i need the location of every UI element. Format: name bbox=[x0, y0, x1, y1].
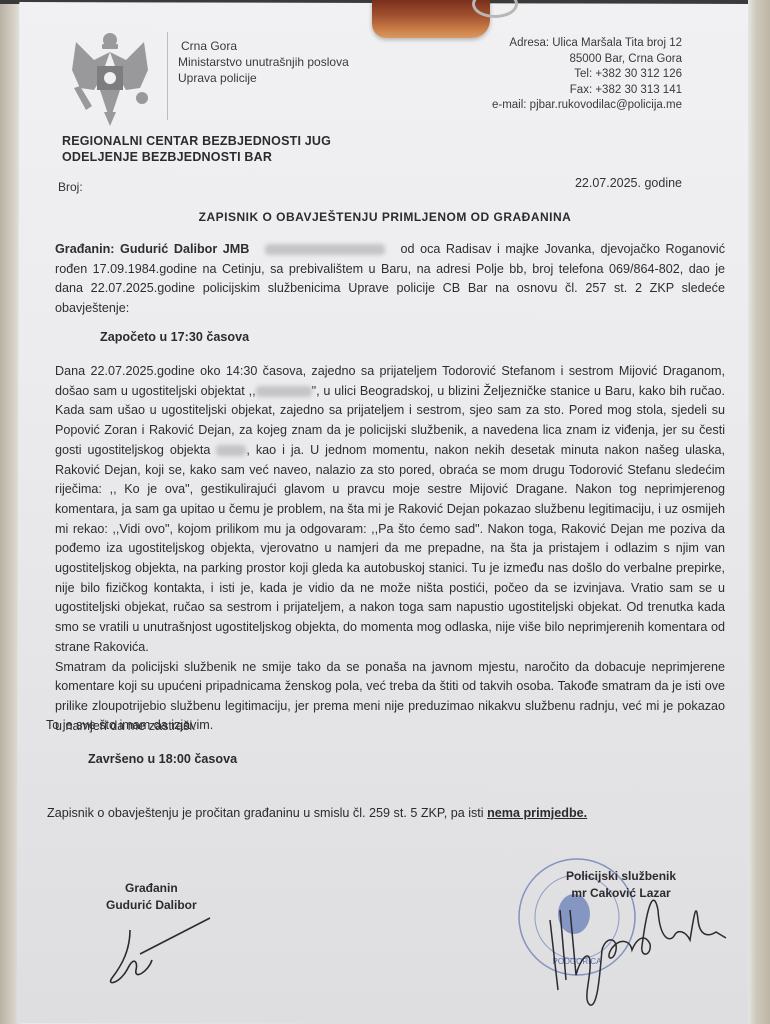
address-line-1: Adresa: Ulica Maršala Tita broj 12 bbox=[492, 36, 682, 52]
ministry-name: Ministarstvo unutrašnjih poslova bbox=[178, 54, 349, 70]
keychain-object bbox=[372, 0, 490, 38]
readout-statement: Zapisnik o obavještenju je pročitan građ… bbox=[47, 806, 587, 820]
citizen-intro: Građanin: Gudurić Dalibor JMB od oca Rad… bbox=[55, 240, 725, 318]
statement-paragraph-1: Dana 22.07.2025.godine oko 14:30 časova,… bbox=[55, 362, 725, 658]
citizen-label: Građanin: Gudurić Dalibor JMB bbox=[55, 242, 249, 256]
no-objections: nema primjedbe. bbox=[487, 806, 587, 820]
citizen-signature-label: Građanin bbox=[106, 880, 197, 897]
email: e-mail: pjbar.rukovodilac@policija.me bbox=[492, 98, 682, 114]
photo-right-edge bbox=[748, 0, 770, 1024]
fax: Fax: +382 30 313 141 bbox=[492, 83, 682, 99]
agency-name: Uprava policije bbox=[178, 70, 349, 86]
region-line-1: REGIONALNI CENTAR BEZBJEDNOSTI JUG bbox=[62, 133, 331, 149]
officer-signature bbox=[540, 880, 740, 1010]
region-line-2: ODELJENJE BEZBJEDNOSTI BAR bbox=[62, 149, 331, 165]
country-name: Crna Gora bbox=[178, 38, 349, 54]
document-title: ZAPISNIK O OBAVJEŠTENJU PRIMLJENOM OD GR… bbox=[0, 210, 770, 224]
end-time: Završeno u 18:00 časova bbox=[88, 752, 237, 766]
start-time: Započeto u 17:30 časova bbox=[100, 330, 249, 344]
reference-number-label: Broj: bbox=[58, 180, 83, 194]
citizen-signature-block: Građanin Gudurić Dalibor bbox=[106, 880, 197, 914]
statement-text: , kao i ja. U jednom momentu, nakon neki… bbox=[55, 443, 725, 654]
letterhead-contact: Adresa: Ulica Maršala Tita broj 12 85000… bbox=[492, 36, 682, 114]
citizen-signature bbox=[100, 910, 220, 990]
letterhead-divider bbox=[167, 32, 168, 120]
address-line-2: 85000 Bar, Crna Gora bbox=[492, 52, 682, 68]
closing-statement: To je sve što imam da izjavim. bbox=[46, 718, 213, 732]
telephone: Tel: +382 30 312 126 bbox=[492, 67, 682, 83]
redacted-venue-name bbox=[256, 386, 312, 397]
readout-text: Zapisnik o obavještenju je pročitan građ… bbox=[47, 806, 484, 820]
region-heading: REGIONALNI CENTAR BEZBJEDNOSTI JUG ODELJ… bbox=[62, 133, 331, 165]
redacted-venue-name bbox=[216, 445, 246, 456]
montenegro-coat-of-arms-icon bbox=[64, 30, 156, 128]
statement-body: Dana 22.07.2025.godine oko 14:30 časova,… bbox=[55, 362, 725, 736]
document-date: 22.07.2025. godine bbox=[575, 176, 682, 190]
redacted-jmb bbox=[265, 244, 385, 255]
letterhead-left: Crna Gora Ministarstvo unutrašnjih poslo… bbox=[178, 38, 349, 86]
